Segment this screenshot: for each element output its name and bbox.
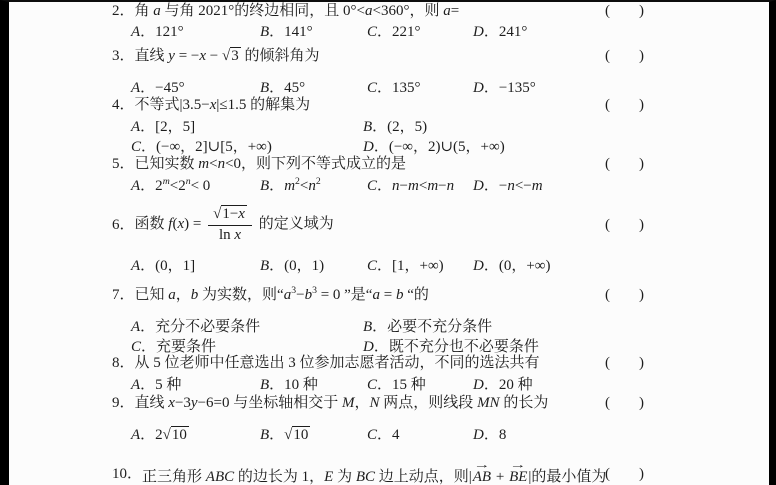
- options-row: A．5 种B．10 种C．15 种D．20 种: [112, 376, 678, 394]
- answer-brackets: (): [605, 155, 644, 173]
- bracket-open: (: [605, 216, 610, 234]
- answer-brackets: (): [605, 96, 644, 114]
- question-number: 7．: [112, 286, 135, 304]
- option-item: C．n−m<m−n: [367, 177, 473, 195]
- bracket-close: ): [639, 47, 644, 65]
- question-number: 6．: [112, 216, 135, 234]
- option-item: B．m2<n2: [260, 177, 367, 195]
- question-number: 4．: [112, 96, 135, 114]
- question-number: 3．: [112, 47, 135, 65]
- answer-brackets: (): [605, 216, 644, 234]
- options-row: A．充分不必要条件B．必要不充分条件: [112, 318, 678, 336]
- bracket-close: ): [639, 155, 644, 173]
- option-item: A．2m<2n< 0: [131, 177, 260, 195]
- question-stem-row: 7．已知 a，b 为实数，则“a3−b3 = 0 ”是“a = b “的(): [112, 286, 678, 304]
- option-item: C．135°: [367, 79, 473, 97]
- bracket-close: ): [639, 354, 644, 372]
- options-row: A．[2，5]B．(2，5): [112, 118, 678, 136]
- question-number: 9．: [112, 394, 135, 412]
- options-row: A．121°B．141°C．221°D．241°: [112, 23, 678, 41]
- bracket-close: ): [639, 394, 644, 412]
- bracket-open: (: [605, 96, 610, 114]
- option-item: D．−135°: [473, 79, 678, 97]
- question-stem-row: 2．角 a 与角 2021°的终边相同，且 0°<a<360°，则 a=(): [112, 2, 678, 20]
- question-stem-row: 8．从 5 位老师中任意选出 3 位参加志愿者活动，不同的选法共有(): [112, 354, 678, 372]
- question-9: 9．直线 x−3y−6=0 与坐标轴相交于 M，N 两点，则线段 MN 的长为(…: [112, 394, 678, 448]
- option-item: A．5 种: [131, 376, 260, 394]
- option-item: A．121°: [131, 23, 260, 41]
- option-item: A．充分不必要条件: [131, 318, 363, 336]
- option-item: B．√10: [260, 426, 367, 444]
- question-stem: 直线 y = −x − √3 的倾斜角为: [135, 47, 320, 65]
- question-stem-row: 5．已知实数 m<n<0，则下列不等式成立的是(): [112, 155, 678, 173]
- option-item: C．221°: [367, 23, 473, 41]
- answer-brackets: (): [605, 394, 644, 412]
- question-stem-row: 4．不等式|3.5−x|≤1.5 的解集为(): [112, 96, 678, 114]
- question-4: 4．不等式|3.5−x|≤1.5 的解集为()A．[2，5]B．(2，5)C．(…: [112, 96, 678, 156]
- option-item: C．15 种: [367, 376, 473, 394]
- bracket-close: ): [639, 465, 644, 483]
- option-item: D．−n<−m: [473, 177, 678, 195]
- options-row: A．2m<2n< 0B．m2<n2C．n−m<m−nD．−n<−m: [112, 177, 678, 195]
- question-stem-row: 9．直线 x−3y−6=0 与坐标轴相交于 M，N 两点，则线段 MN 的长为(…: [112, 394, 678, 412]
- answer-brackets: (): [605, 2, 644, 20]
- option-item: A．(0，1]: [131, 257, 260, 275]
- bracket-close: ): [639, 286, 644, 304]
- question-stem-row: 10．正三角形 ABC 的边长为 1，E 为 BC 边上动点，则|AB + BE…: [112, 461, 678, 485]
- option-item: D．(−∞，2)∪(5，+∞): [363, 138, 678, 156]
- question-number: 5．: [112, 155, 135, 173]
- question-3: 3．直线 y = −x − √3 的倾斜角为()A．−45°B．45°C．135…: [112, 43, 678, 97]
- bracket-close: ): [639, 216, 644, 234]
- answer-brackets: (): [605, 47, 644, 65]
- option-item: A．2√10: [131, 426, 260, 444]
- question-stem: 已知 a，b 为实数，则“a3−b3 = 0 ”是“a = b “的: [135, 286, 429, 304]
- option-item: B．10 种: [260, 376, 367, 394]
- bracket-open: (: [605, 47, 610, 65]
- question-stem: 函数 f(x) = √1−xln x 的定义域为: [135, 206, 334, 244]
- option-item: B．(0，1): [260, 257, 367, 275]
- question-6: 6．函数 f(x) = √1−xln x 的定义域为()A．(0，1]B．(0，…: [112, 201, 678, 275]
- option-item: B．141°: [260, 23, 367, 41]
- question-2: 2．角 a 与角 2021°的终边相同，且 0°<a<360°，则 a=()A．…: [112, 2, 678, 41]
- question-stem-row: 6．函数 f(x) = √1−xln x 的定义域为(): [112, 201, 678, 249]
- exam-page: 2．角 a 与角 2021°的终边相同，且 0°<a<360°，则 a=()A．…: [0, 0, 776, 485]
- question-stem: 直线 x−3y−6=0 与坐标轴相交于 M，N 两点，则线段 MN 的长为: [135, 394, 549, 412]
- answer-brackets: (): [605, 465, 644, 483]
- option-item: A．−45°: [131, 79, 260, 97]
- option-item: B．(2，5): [363, 118, 678, 136]
- question-number: 10．: [112, 465, 142, 483]
- option-item: C．[1，+∞): [367, 257, 473, 275]
- question-10: 10．正三角形 ABC 的边长为 1，E 为 BC 边上动点，则|AB + BE…: [112, 461, 678, 485]
- answer-brackets: (): [605, 286, 644, 304]
- answer-brackets: (): [605, 354, 644, 372]
- bracket-open: (: [605, 155, 610, 173]
- question-stem: 角 a 与角 2021°的终边相同，且 0°<a<360°，则 a=: [135, 2, 460, 20]
- bracket-open: (: [605, 354, 610, 372]
- bracket-open: (: [605, 465, 610, 483]
- option-item: B．45°: [260, 79, 367, 97]
- question-stem-row: 3．直线 y = −x − √3 的倾斜角为(): [112, 43, 678, 69]
- bracket-open: (: [605, 394, 610, 412]
- question-number: 8．: [112, 354, 135, 372]
- option-item: A．[2，5]: [131, 118, 363, 136]
- bracket-close: ): [639, 2, 644, 20]
- option-item: C．4: [367, 426, 473, 444]
- option-item: D．(0，+∞): [473, 257, 678, 275]
- option-item: D．8: [473, 426, 678, 444]
- bracket-open: (: [605, 286, 610, 304]
- options-row: A．2√10B．√10C．4D．8: [112, 422, 678, 448]
- options-row: A．−45°B．45°C．135°D．−135°: [112, 79, 678, 97]
- question-5: 5．已知实数 m<n<0，则下列不等式成立的是()A．2m<2n< 0B．m2<…: [112, 155, 678, 195]
- option-item: D．241°: [473, 23, 678, 41]
- question-8: 8．从 5 位老师中任意选出 3 位参加志愿者活动，不同的选法共有()A．5 种…: [112, 354, 678, 394]
- options-row: C．(−∞，2]∪[5，+∞)D．(−∞，2)∪(5，+∞): [112, 138, 678, 156]
- option-item: C．(−∞，2]∪[5，+∞): [131, 138, 363, 156]
- bracket-close: ): [639, 96, 644, 114]
- question-7: 7．已知 a，b 为实数，则“a3−b3 = 0 ”是“a = b “的()A．…: [112, 286, 678, 356]
- question-stem: 正三角形 ABC 的边长为 1，E 为 BC 边上动点，则|AB + BE|的最…: [142, 462, 606, 485]
- options-row: A．(0，1]B．(0，1)C．[1，+∞)D．(0，+∞): [112, 257, 678, 275]
- question-stem: 从 5 位老师中任意选出 3 位参加志愿者活动，不同的选法共有: [135, 354, 540, 372]
- option-item: D．20 种: [473, 376, 678, 394]
- bracket-open: (: [605, 2, 610, 20]
- option-item: B．必要不充分条件: [363, 318, 678, 336]
- question-stem: 已知实数 m<n<0，则下列不等式成立的是: [135, 155, 407, 173]
- question-stem: 不等式|3.5−x|≤1.5 的解集为: [135, 96, 311, 114]
- question-number: 2．: [112, 2, 135, 20]
